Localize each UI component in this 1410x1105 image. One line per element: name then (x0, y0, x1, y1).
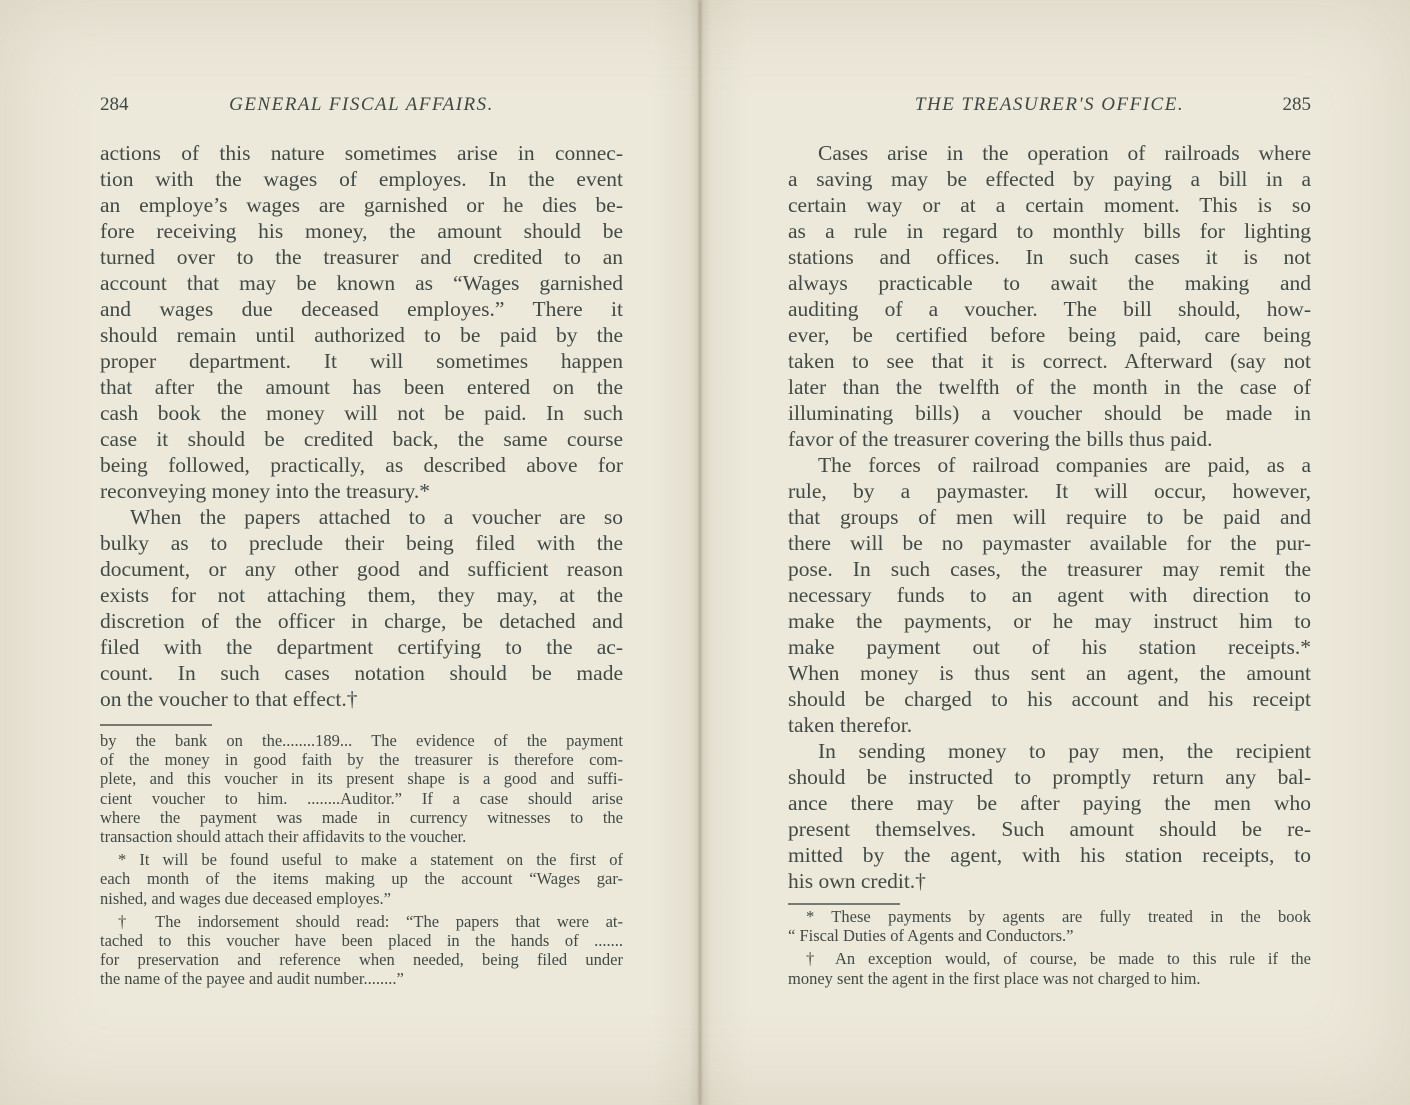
text-line: the name of the payee and audit number..… (100, 969, 623, 988)
text-line: The forces of railroad companies are pai… (788, 452, 1311, 478)
left-body-text: actions of this nature sometimes arise i… (100, 140, 623, 712)
text-line: taken therefor. (788, 712, 1311, 738)
text-line: present themselves. Such amount should b… (788, 816, 1311, 842)
footnote-continuation: by the bank on the........189... The evi… (100, 731, 623, 846)
text-line: his own credit.† (788, 868, 1311, 894)
text-line: where the payment was made in currency w… (100, 808, 623, 827)
text-line: make payment out of his station receipts… (788, 634, 1311, 660)
footnote-rule (100, 724, 212, 726)
book-spread: 284 GENERAL FISCAL AFFAIRS. actions of t… (0, 0, 1410, 1105)
right-page-number: 285 (1283, 93, 1312, 117)
text-line: count. In such cases notation should be … (100, 660, 623, 686)
text-line: When the papers attached to a voucher ar… (100, 504, 623, 530)
text-line: mitted by the agent, with his station re… (788, 842, 1311, 868)
text-line: fore receiving his money, the amount sho… (100, 218, 623, 244)
page-gutter-crease (699, 0, 701, 1105)
text-line: later than the twelfth of the month in t… (788, 374, 1311, 400)
text-line: Cases arise in the operation of railroad… (788, 140, 1311, 166)
text-line: case it should be credited back, the sam… (100, 426, 623, 452)
left-page-header: 284 GENERAL FISCAL AFFAIRS. (100, 93, 623, 117)
text-line: being followed, practically, as describe… (100, 452, 623, 478)
text-line: taken to see that it is correct. Afterwa… (788, 348, 1311, 374)
text-line: exists for not attaching them, they may,… (100, 582, 623, 608)
text-line: should be charged to his account and his… (788, 686, 1311, 712)
text-line: bulky as to preclude their being filed w… (100, 530, 623, 556)
text-line: should be instructed to promptly return … (788, 764, 1311, 790)
text-line: actions of this nature sometimes arise i… (100, 140, 623, 166)
text-line: “ Fiscal Duties of Agents and Conductors… (788, 926, 1311, 945)
text-line: * These payments by agents are fully tre… (788, 907, 1311, 926)
text-line: account that may be known as “Wages garn… (100, 270, 623, 296)
text-line: money sent the agent in the first place … (788, 969, 1311, 988)
text-line: ever, be certified before being paid, ca… (788, 322, 1311, 348)
right-page-header: THE TREASURER'S OFFICE. 285 (788, 93, 1311, 117)
text-line: rule, by a paymaster. It will occur, how… (788, 478, 1311, 504)
text-line: tion with the wages of employes. In the … (100, 166, 623, 192)
text-line: pose. In such cases, the treasurer may r… (788, 556, 1311, 582)
text-line: tached to this voucher have been placed … (100, 931, 623, 950)
text-line: that after the amount has been entered o… (100, 374, 623, 400)
footnote-rule (788, 903, 900, 905)
footnote-dagger: † An exception would, of course, be made… (788, 949, 1311, 987)
right-running-title: THE TREASURER'S OFFICE. (788, 93, 1311, 117)
text-line: make the payments, or he may instruct hi… (788, 608, 1311, 634)
text-line: for preservation and reference when need… (100, 950, 623, 969)
text-line: certain way or at a certain moment. This… (788, 192, 1311, 218)
paragraph: In sending money to pay men, the recipie… (788, 738, 1311, 894)
text-line: an employe’s wages are garnished or he d… (100, 192, 623, 218)
footnote-asterisk: * These payments by agents are fully tre… (788, 907, 1311, 945)
text-line: by the bank on the........189... The evi… (100, 731, 623, 750)
text-line: favor of the treasurer covering the bill… (788, 426, 1311, 452)
text-line: † The indorsement should read: “The pape… (100, 912, 623, 931)
right-page: THE TREASURER'S OFFICE. 285 Cases arise … (788, 93, 1311, 988)
right-footnotes: * These payments by agents are fully tre… (788, 907, 1311, 988)
text-line: stations and offices. In such cases it i… (788, 244, 1311, 270)
text-line: document, or any other good and sufficie… (100, 556, 623, 582)
text-line: of the money in good faith by the treasu… (100, 750, 623, 769)
text-line: † An exception would, of course, be made… (788, 949, 1311, 968)
text-line: * It will be found useful to make a stat… (100, 850, 623, 869)
text-line: auditing of a voucher. The bill should, … (788, 296, 1311, 322)
text-line: nished, and wages due deceased employes.… (100, 889, 623, 908)
text-line: should remain until authorized to be pai… (100, 322, 623, 348)
text-line: turned over to the treasurer and credite… (100, 244, 623, 270)
text-line: illuminating bills) a voucher should be … (788, 400, 1311, 426)
page-gutter-shadow (652, 0, 748, 1105)
text-line: When money is thus sent an agent, the am… (788, 660, 1311, 686)
text-line: ance there may be after paying the men w… (788, 790, 1311, 816)
paragraph: When the papers attached to a voucher ar… (100, 504, 623, 712)
left-running-title: GENERAL FISCAL AFFAIRS. (100, 93, 623, 117)
text-line: a saving may be effected by paying a bil… (788, 166, 1311, 192)
text-line: there will be no paymaster available for… (788, 530, 1311, 556)
text-line: always practicable to await the making a… (788, 270, 1311, 296)
paragraph: The forces of railroad companies are pai… (788, 452, 1311, 738)
right-body-text: Cases arise in the operation of railroad… (788, 140, 1311, 894)
text-line: necessary funds to an agent with directi… (788, 582, 1311, 608)
text-line: proper department. It will sometimes hap… (100, 348, 623, 374)
footnote-dagger: † The indorsement should read: “The pape… (100, 912, 623, 989)
text-line: and wages due deceased employes.” There … (100, 296, 623, 322)
text-line: discretion of the officer in charge, be … (100, 608, 623, 634)
text-line: that groups of men will require to be pa… (788, 504, 1311, 530)
left-footnotes: by the bank on the........189... The evi… (100, 731, 623, 989)
text-line: In sending money to pay men, the recipie… (788, 738, 1311, 764)
text-line: filed with the department certifying to … (100, 634, 623, 660)
text-line: each month of the items making up the ac… (100, 869, 623, 888)
text-line: reconveying money into the treasury.* (100, 478, 623, 504)
paragraph: actions of this nature sometimes arise i… (100, 140, 623, 504)
text-line: cient voucher to him. ........Auditor.” … (100, 789, 623, 808)
text-line: transaction should attach their affidavi… (100, 827, 623, 846)
text-line: as a rule in regard to monthly bills for… (788, 218, 1311, 244)
text-line: on the voucher to that effect.† (100, 686, 623, 712)
left-page: 284 GENERAL FISCAL AFFAIRS. actions of t… (100, 93, 623, 989)
text-line: cash book the money will not be paid. In… (100, 400, 623, 426)
footnote-asterisk: * It will be found useful to make a stat… (100, 850, 623, 908)
paragraph: Cases arise in the operation of railroad… (788, 140, 1311, 452)
text-line: plete, and this voucher in its present s… (100, 769, 623, 788)
